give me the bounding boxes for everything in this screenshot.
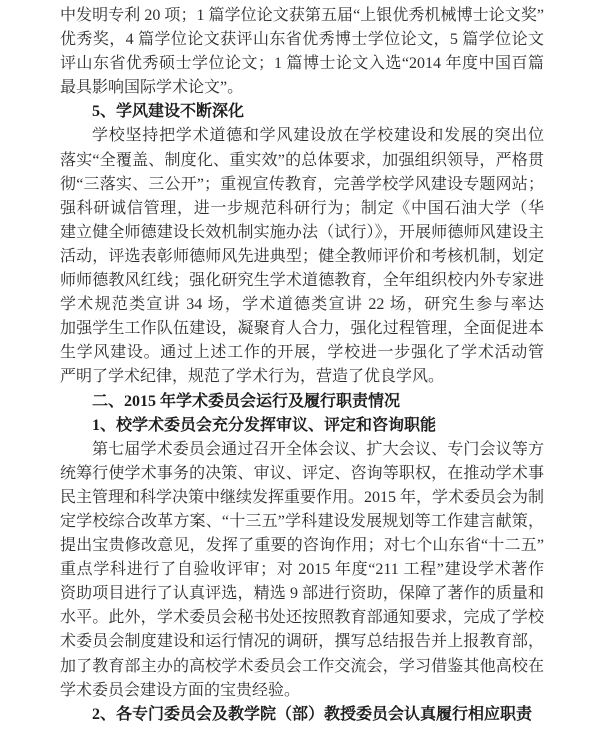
text-line: 定学校综合改革方案、“十三五”学科建设发展规划等工作建言献策， — [60, 510, 544, 534]
heading-line: 1、校学术委员会充分发挥审议、评定和咨询职能 — [60, 414, 544, 438]
text-line: 最具影响国际学术论文”。 — [60, 76, 544, 100]
text-line: 第七届学术委员会通过召开全体会议、扩大会议、专门会议等方式 — [60, 438, 544, 462]
text-line: 统筹行使学术事务的决策、审议、评定、咨询等职权，在推动学术事务 — [60, 462, 544, 486]
text-line: 民主管理和科学决策中继续发挥重要作用。2015 年，学术委员会为制 — [60, 486, 544, 510]
text-line: 生学风建设。通过上述工作的开展，学校进一步强化了学术活动管理， — [60, 341, 544, 365]
text-line: 加了教育部主办的高校学术委员会工作交流会，学习借鉴其他高校在 — [60, 655, 544, 679]
text-line: 建立健全师德建设长效机制实施办法（试行）》，开展师德师风建设主题 — [60, 221, 544, 245]
text-line: 重点学科进行了自验收评审；对 2015 年度“211 工程”建设学术著作 — [60, 558, 544, 582]
text-line: 活动，评选表彰师德师风先进典型；健全教师评价和考核机制，划定教 — [60, 245, 544, 269]
text-line: 强科研诚信管理，进一步规范科研行为；制定《中国石油大学（华东） — [60, 197, 544, 221]
text-line: 优秀奖，4 篇学位论文获评山东省优秀博士学位论文，5 篇学位论文获 — [60, 28, 544, 52]
text-line: 严明了学术纪律，规范了学术行为，营造了优良学风。 — [60, 365, 544, 389]
text-line: 评山东省优秀硕士学位论文；1 篇博士论文入选“2014 年度中国百篇 — [60, 52, 544, 76]
text-line: 彻“三落实、三公开”；重视宣传教育，完善学校学风建设专题网站； — [60, 173, 544, 197]
text-line: 学术规范类宣讲 34 场，学术道德类宣讲 22 场，研究生参与率达 100%； — [60, 293, 544, 317]
text-line: 中发明专利 20 项；1 篇学位论文获第五届“上银优秀机械博士论文奖” — [60, 4, 544, 28]
text-line: 学术委员会建设方面的宝贵经验。 — [60, 679, 544, 703]
document-page: 中发明专利 20 项；1 篇学位论文获第五届“上银优秀机械博士论文奖”优秀奖，4… — [60, 4, 544, 727]
text-line: 水平。此外，学术委员会秘书处还按照教育部通知要求，完成了学校学 — [60, 606, 544, 630]
text-line: 提出宝贵修改意见，发挥了重要的咨询作用；对七个山东省“十二五” — [60, 534, 544, 558]
heading-line: 2、各专门委员会及教学院（部）教授委员会认真履行相应职责 — [60, 703, 544, 727]
text-line: 师师德教风红线；强化研究生学术道德教育，全年组织校内外专家进行 — [60, 269, 544, 293]
text-line: 资助项目进行了认真评选，精选 9 部进行资助，保障了著作的质量和 — [60, 582, 544, 606]
heading-line: 5、学风建设不断深化 — [60, 100, 544, 124]
text-line: 术委员会制度建设和运行情况的调研，撰写总结报告并上报教育部，参 — [60, 630, 544, 654]
text-line: 加强学生工作队伍建设，凝聚育人合力，强化过程管理，全面促进本科 — [60, 317, 544, 341]
heading-line: 二、2015 年学术委员会运行及履行职责情况 — [60, 390, 544, 414]
text-line: 落实“全覆盖、制度化、重实效”的总体要求，加强组织领导，严格贯 — [60, 149, 544, 173]
text-line: 学校坚持把学术道德和学风建设放在学校建设和发展的突出位置， — [60, 124, 544, 148]
